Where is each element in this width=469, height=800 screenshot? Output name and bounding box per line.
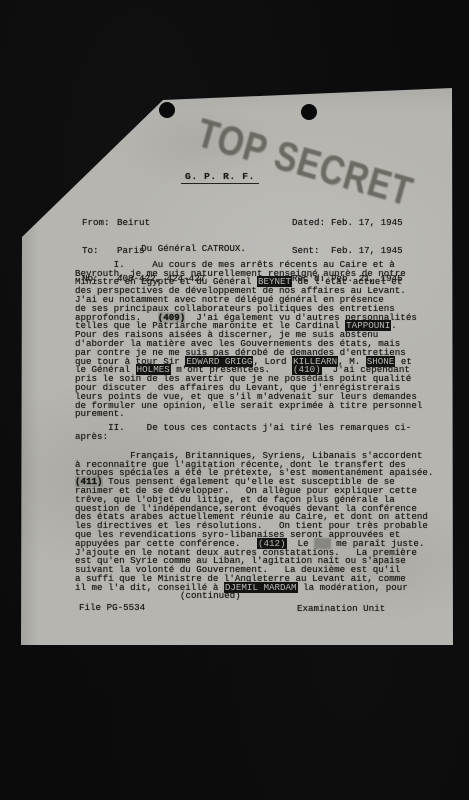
document-line: il me l'a dit, conseillé à DJEMIL MARDAM…	[75, 584, 447, 593]
from-row: From:Beirut	[82, 218, 205, 227]
agency-title: G. P. R. F.	[181, 171, 259, 184]
text-segment: purement.	[75, 408, 125, 419]
text-segment: de formuler une opinion, elle serait exp…	[75, 400, 422, 411]
text-segment: la modération, pour	[298, 582, 408, 593]
document-line: après:	[75, 433, 447, 442]
document-photo-frame: TOP SECRET G. P. R. F. From:Beirut To:Pa…	[0, 0, 469, 800]
document-line: II. De tous ces contacts j'ai tiré les r…	[75, 424, 447, 433]
text-segment: II. De tous ces contacts j'ai tiré les r…	[75, 422, 411, 433]
text-segment: .	[391, 320, 397, 331]
document-line: Du Général CATROUX.	[75, 245, 447, 254]
document-body: Du Général CATROUX. I. Au cours de mes a…	[75, 245, 447, 592]
file-number: File PG-5534	[79, 602, 145, 613]
ink-smudge	[314, 538, 331, 549]
paragraph: Du Général CATROUX.	[75, 245, 447, 254]
paragraph: Français, Britanniques, Syriens, Libanai…	[75, 452, 447, 593]
top-secret-stamp-text: TOP SECRET	[193, 112, 418, 213]
punch-hole-icon	[301, 104, 317, 120]
dated-value: Feb. 17, 1945	[331, 217, 403, 228]
text-segment: Du Général CATROUX.	[75, 243, 246, 254]
examination-unit-label: Examination Unit	[297, 603, 385, 614]
dated-label: Dated:	[292, 218, 331, 227]
paragraph: II. De tous ces contacts j'ai tiré les r…	[75, 424, 447, 442]
continued-note: (continued)	[180, 590, 241, 601]
text-segment: après:	[75, 431, 108, 442]
paragraph: I. Au cours de mes arrêts récents au Cai…	[75, 261, 447, 419]
document-line: purement.	[75, 410, 447, 419]
from-label: From:	[82, 218, 117, 227]
from-value: Beirut	[117, 217, 150, 228]
document-page: TOP SECRET G. P. R. F. From:Beirut To:Pa…	[21, 86, 453, 645]
punch-hole-icon	[159, 102, 175, 118]
dated-row: Dated:Feb. 17, 1945	[292, 218, 403, 227]
document-line: de formuler une opinion, elle serait exp…	[75, 402, 447, 411]
